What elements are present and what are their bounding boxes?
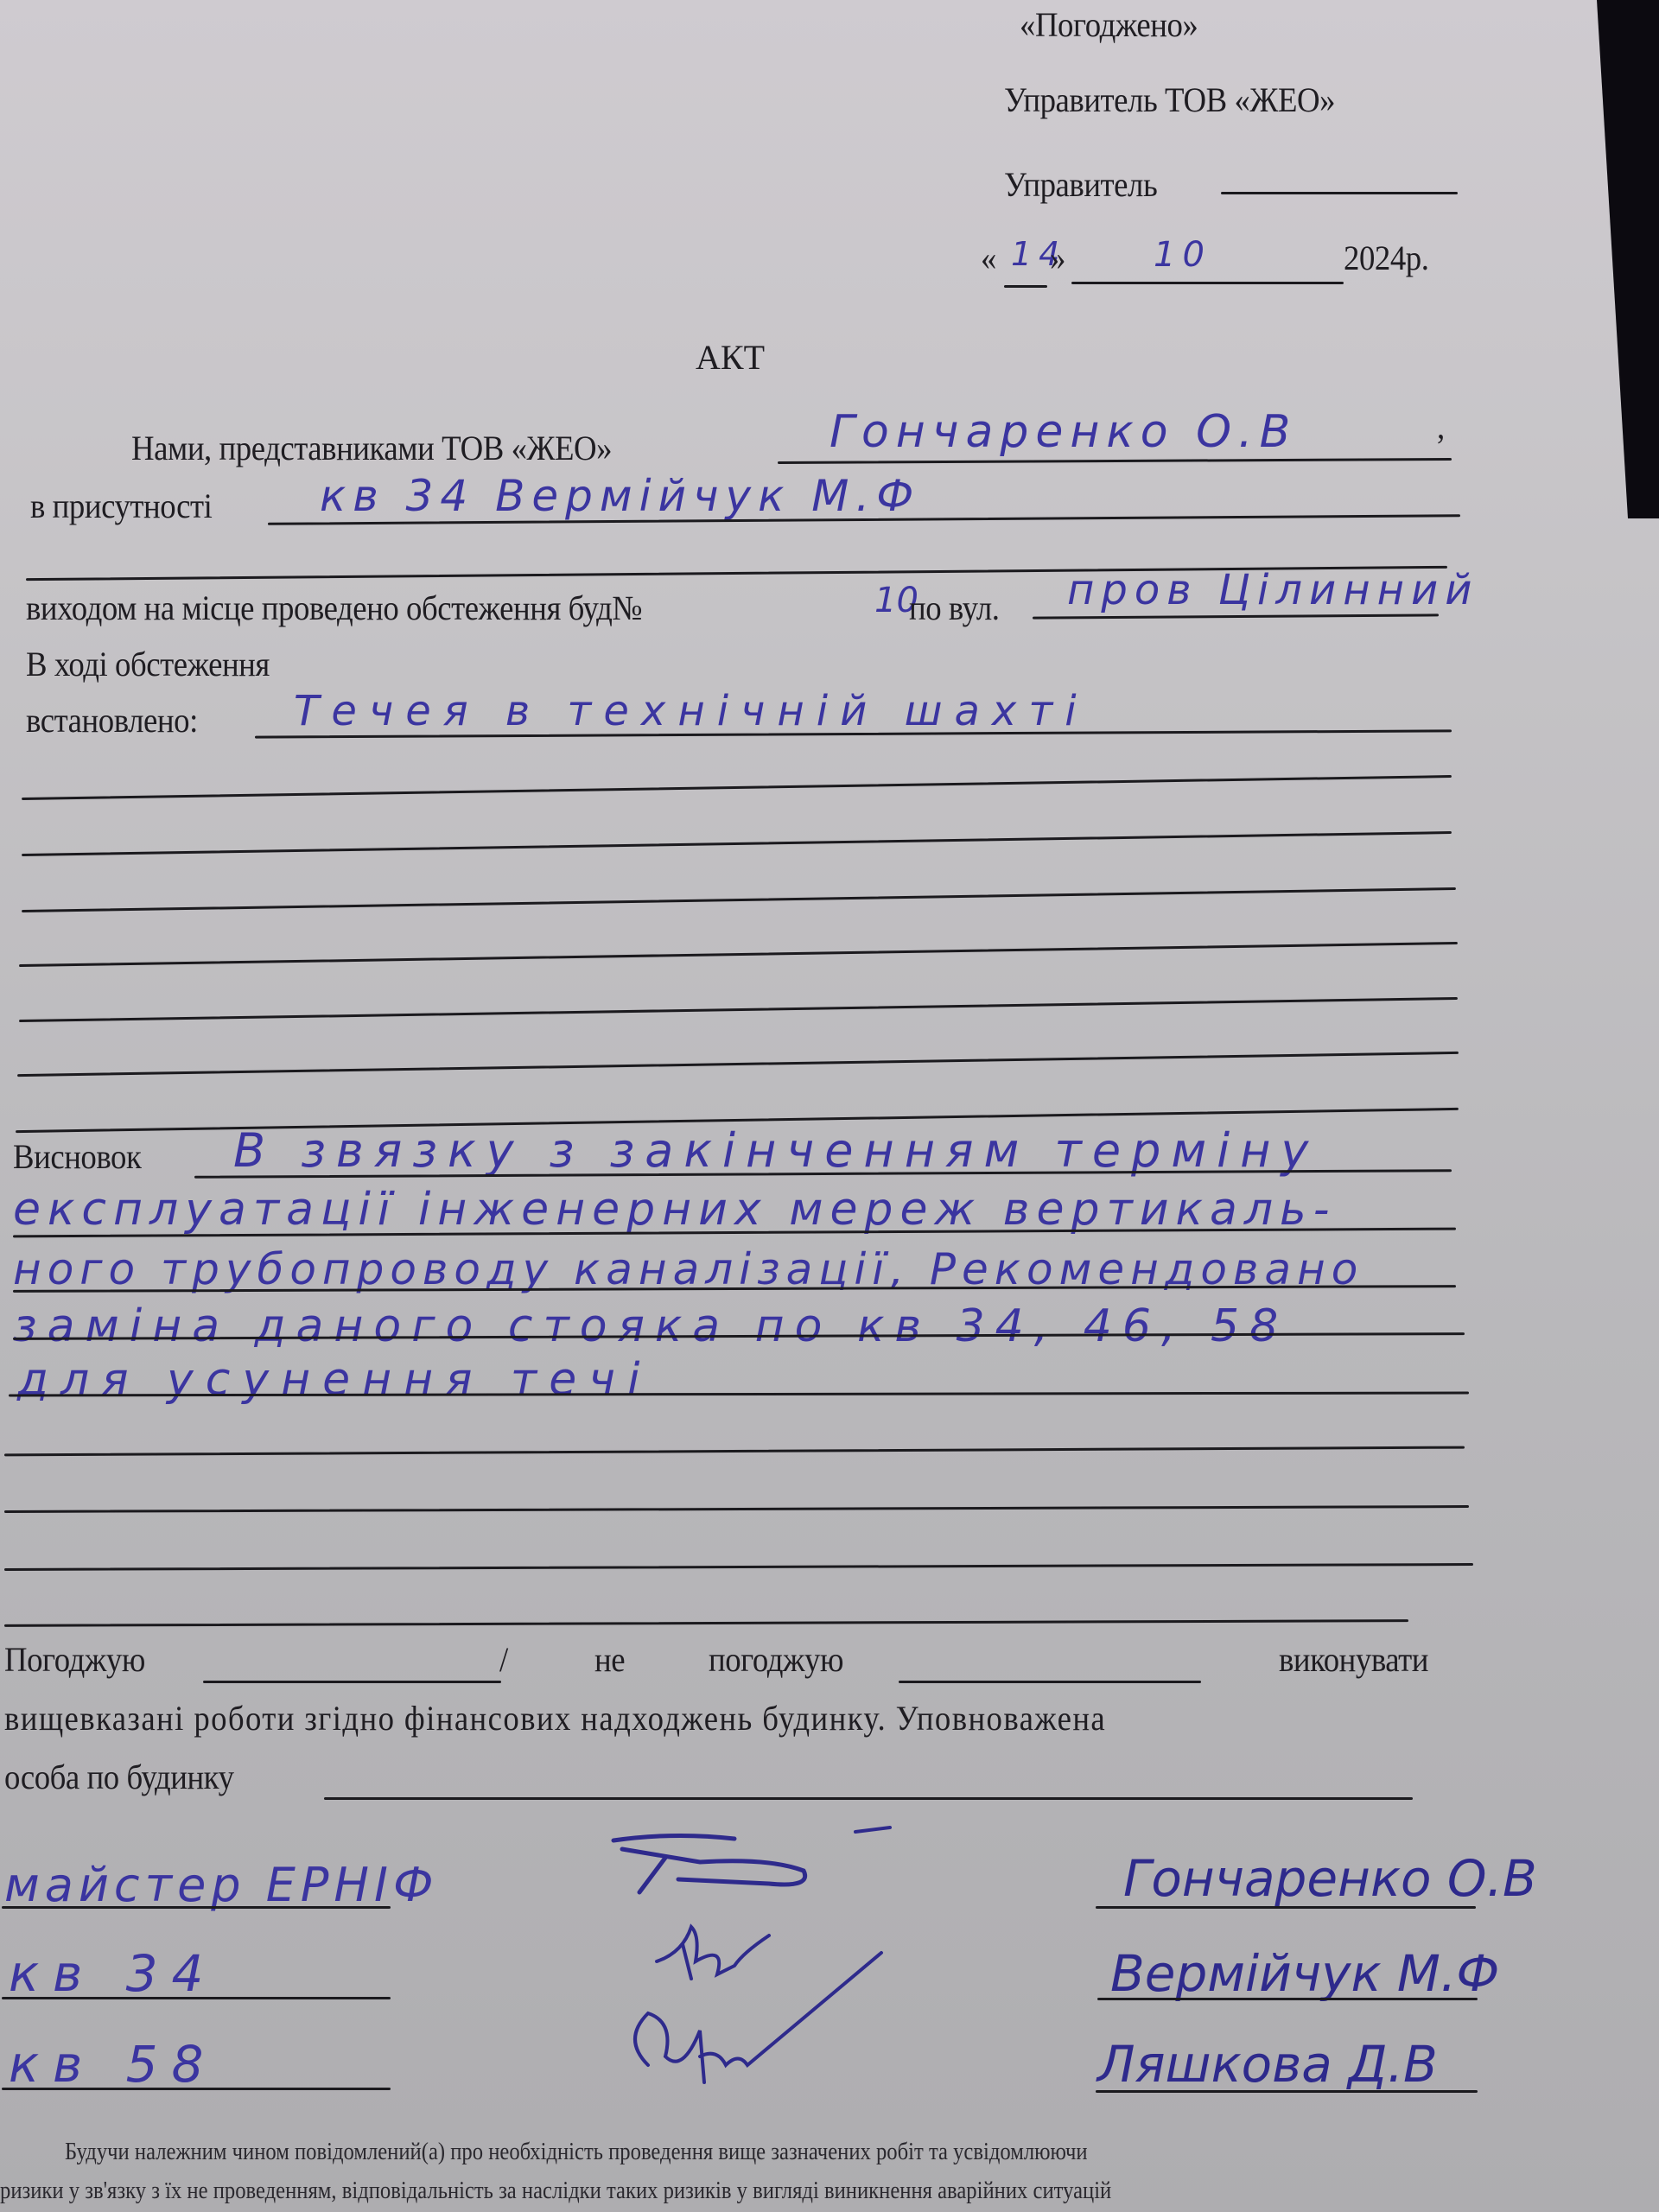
representatives-value: Гончаренко О.В [829,406,1297,458]
date-day-line [1004,285,1047,288]
signer-role-3: кв 58 [9,2035,217,2094]
signer-name-1: Гончаренко О.В [1123,1849,1537,1908]
signer-role-line-2 [2,1997,391,1999]
signer-role-2: кв 34 [9,1944,217,2003]
date-close-quote: » [1050,238,1065,278]
found-label: встановлено: [26,700,198,741]
agree-label: Погоджую [4,1639,145,1680]
survey-label: В ході обстеження [26,644,270,684]
date-year: 2024р. [1344,238,1428,278]
conclusion-line-5: для усунення течі [17,1354,652,1406]
slash: / [499,1639,508,1680]
conclusion-label: Висновок [13,1136,141,1177]
disclaimer-line-2: ризики у зв'язку з їх не проведенням, ві… [0,2177,1111,2205]
presence-label: в присутності [30,486,212,526]
agreement-line-3: особа по будинку [4,1757,234,1797]
presence-value: кв 34 Вермійчук М.Ф [320,471,920,521]
signer-name-line-1 [1096,1906,1476,1909]
signer-role-line-3 [2,2088,391,2090]
signer-name-2: Вермійчук М.Ф [1110,1944,1499,2003]
manager-signature-line [1221,192,1458,194]
authorized-person-line[interactable] [324,1797,1413,1800]
disclaimer-line-1: Будучи належним чином повідомлений(а) пр… [65,2139,1088,2166]
street-label: по вул. [909,588,1000,628]
manager-company-label: Управитель ТОВ «ЖЕО» [1004,79,1335,120]
conclusion-line-1: В звязку з закінченням терміну [233,1123,1319,1178]
street-value: пров Цілинний [1067,566,1478,614]
date-open-quote: « [981,238,996,278]
signer-role-1: майстер ЕРНІФ [4,1858,438,1912]
exit-label: виходом на місце проведено обстеження бу… [26,588,642,628]
disagree-signature-line[interactable] [899,1681,1201,1683]
signer-name-line-3 [1096,2090,1478,2093]
conclusion-line-2: експлуатації інженерних мереж вертикаль- [13,1184,1336,1236]
agree-signature-line[interactable] [203,1681,501,1683]
disagree-label: погоджую [709,1639,843,1680]
conclusion-line-4: заміна даного стояка по кв 34, 46, 58 [13,1300,1288,1352]
found-value: Течея в технічній шахті [294,687,1089,735]
date-month: 10 [1154,235,1211,275]
comma: , [1437,406,1445,447]
signer-name-line-2 [1097,1998,1478,2000]
not-label: не [594,1639,625,1680]
perform-label: виконувати [1279,1639,1428,1680]
approved-label: «Погоджено» [1020,4,1198,45]
signer-name-3: Ляшкова Д.В [1097,2035,1438,2094]
agreement-line-2: вищевказані роботи згідно фінансових над… [4,1698,1106,1738]
manager-label: Управитель [1004,164,1157,205]
signer-role-line-1 [2,1906,391,1909]
document-title: АКТ [696,337,765,378]
date-month-line [1071,282,1344,284]
representatives-label: Нами, представниками ТОВ «ЖЕО» [131,428,612,468]
signature-scribbles [596,1823,907,2108]
